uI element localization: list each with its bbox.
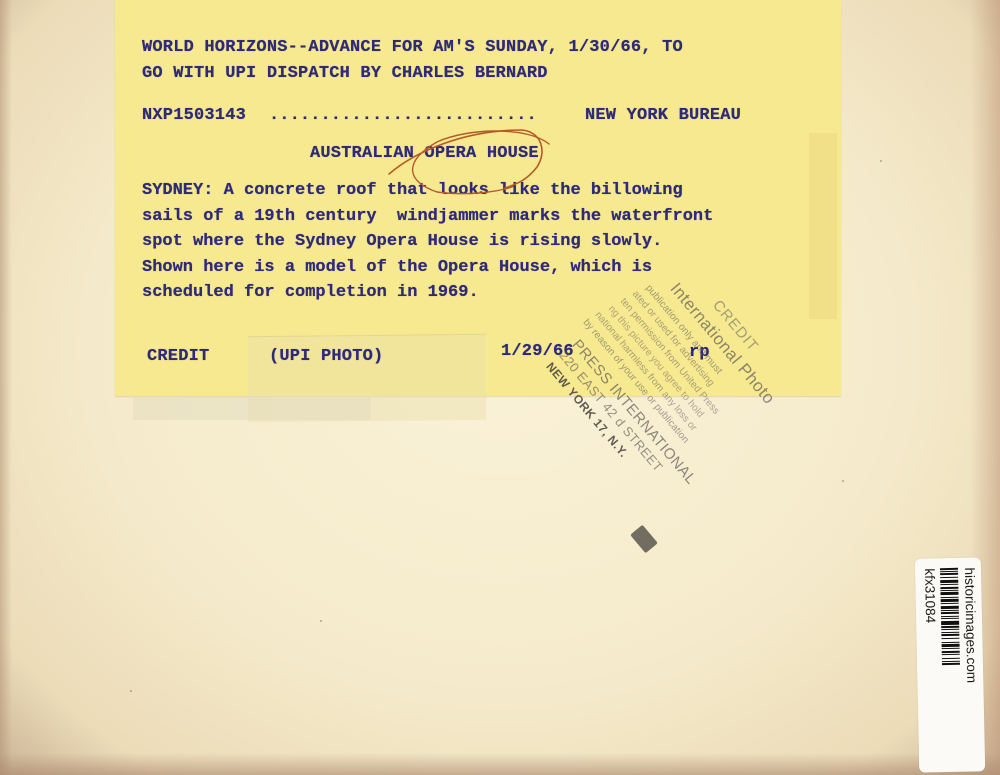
caption-headline: AUSTRALIAN OPERA HOUSE	[310, 144, 539, 163]
sticker-site-name: historicimages.com	[962, 567, 979, 683]
caption-body-line: sails of a 19th century windjammer marks…	[142, 204, 822, 230]
bureau-name: NEW YORK BUREAU	[585, 106, 741, 125]
dispatch-header-line-2: GO WITH UPI DISPATCH BY CHARLES BERNARD	[142, 64, 548, 83]
paper-speck	[842, 480, 844, 482]
caption-body-line: Shown here is a model of the Opera House…	[142, 255, 822, 281]
upi-rubber-stamp: CREDIT International Photo publication o…	[520, 375, 780, 605]
sticker-content: historicimages.com kfx31084	[915, 557, 985, 772]
dotted-leader: ..........................	[269, 106, 537, 125]
paper-edge-left	[0, 0, 12, 775]
reference-code: NXP1503143	[142, 106, 246, 125]
dispatch-header-line-1: WORLD HORIZONS--ADVANCE FOR AM'S SUNDAY,…	[142, 38, 683, 57]
credit-value: (UPI PHOTO)	[269, 347, 383, 366]
caption-body: SYDNEY: A concrete roof that looks like …	[142, 178, 822, 306]
adhesive-tape-overhang	[133, 396, 371, 420]
barcode-icon	[940, 568, 962, 738]
stamp-ink-blot	[630, 525, 658, 554]
barcode-sticker: historicimages.com kfx31084	[915, 557, 985, 772]
caption-body-line: SYDNEY: A concrete roof that looks like …	[142, 178, 822, 204]
credit-label: CREDIT	[147, 347, 209, 366]
sticker-inventory-code: kfx31084	[922, 568, 938, 623]
paper-edge-bottom	[0, 753, 1000, 775]
caption-slip: WORLD HORIZONS--ADVANCE FOR AM'S SUNDAY,…	[115, 0, 841, 396]
paper-speck	[130, 690, 132, 692]
paper-speck	[320, 620, 322, 622]
paper-speck	[880, 160, 882, 162]
caption-body-line: spot where the Sydney Opera House is ris…	[142, 229, 822, 255]
